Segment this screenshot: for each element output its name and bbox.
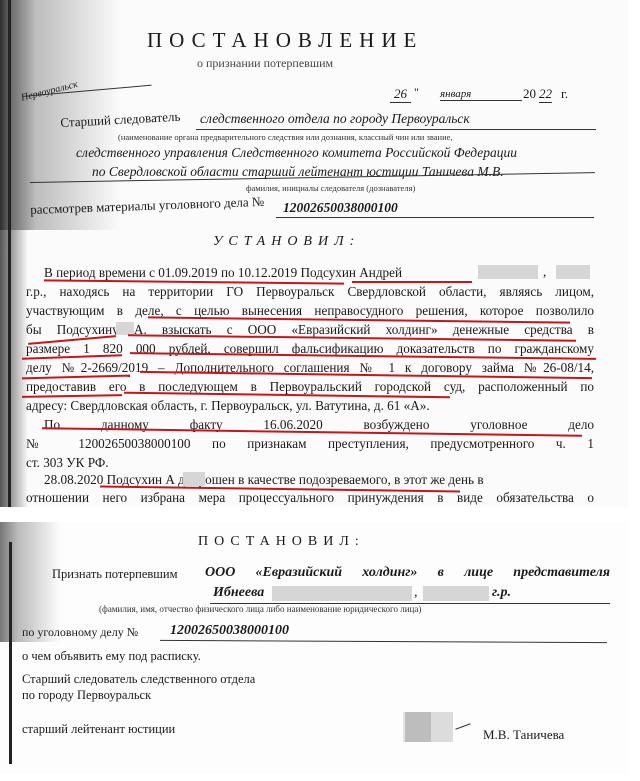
redaction [183, 472, 205, 486]
header-line-2: следственного управления Следственного к… [76, 145, 517, 161]
date-year-end: г. [561, 86, 568, 102]
underline [160, 640, 607, 643]
underline [276, 217, 594, 218]
signature-redaction [431, 712, 453, 742]
document-scan-top: ПОСТАНОВЛЕНИЕ о признании потерпевшим Пе… [0, 0, 628, 507]
victim-birth: г.р. [492, 585, 511, 601]
resolved-heading: ПОСТАНОВИЛ: [198, 534, 365, 550]
scan-edge [9, 542, 12, 764]
established-line: адресу: Свердловская область, г. Первоур… [26, 398, 430, 414]
scan-edge [8, 0, 11, 507]
redaction [116, 322, 134, 335]
established-line: отношении него избрана мера процессуальн… [26, 490, 594, 506]
signature-name: М.В. Таничева [483, 727, 564, 743]
date-quote: " [414, 85, 419, 100]
case-label-2: по уголовному делу № [22, 625, 138, 640]
signature-stroke [455, 723, 470, 729]
established-line: предоставив его в последующем в Первоура… [26, 379, 594, 395]
date-year-prefix: 20 [523, 86, 536, 102]
date-month: января [440, 88, 522, 101]
redaction [272, 586, 412, 601]
caption-investigator: фамилия, инициалы следователя (дознавате… [246, 183, 415, 193]
signature-rank: старший лейтенант юстиции [22, 722, 175, 737]
established-line: г.р., находясь на территории ГО Первоура… [26, 284, 594, 300]
caption-organ: (наименование органа предварительного сл… [118, 132, 453, 142]
signature-title-2: по городу Первоуральск [22, 688, 151, 703]
comma: , [543, 264, 546, 280]
established-line: № 12002650038000100 по признакам преступ… [26, 436, 594, 452]
established-line: участвующим в деле, с целью вынесения не… [26, 303, 594, 319]
date-year-suffix: 22 [539, 86, 552, 103]
victim-line: ООО «Евразийский холдинг» в лице предста… [205, 565, 610, 581]
victim-name: Ибнеева [213, 585, 264, 601]
case-number: 12002650038000100 [283, 200, 398, 216]
notify-text: о чем объявить ему под расписку. [22, 649, 201, 664]
redaction [423, 586, 489, 601]
document-title: ПОСТАНОВЛЕНИЕ [147, 28, 423, 53]
redaction [556, 265, 590, 279]
date-day: 26 [390, 86, 411, 103]
signature-title-1: Старший следователь следственного отдела [22, 672, 255, 687]
case-number-2: 12002650038000100 [170, 623, 289, 639]
caption-victim: (фамилия, имя, отчество физического лица… [99, 604, 421, 614]
highlight-underline [352, 281, 472, 283]
redaction [478, 265, 538, 279]
victim-comma: , [414, 585, 418, 601]
document-subtitle: о признании потерпевшим [197, 56, 333, 71]
underline [196, 129, 596, 130]
established-line: ст. 303 УК РФ. [26, 455, 109, 471]
document-scan-bottom: ПОСТАНОВИЛ: Признать потерпевшим ООО «Ев… [0, 522, 628, 774]
signature-redaction [405, 712, 431, 742]
investigator-unit: следственного отдела по городу Первоурал… [200, 111, 470, 127]
recognize-label: Признать потерпевшим [52, 567, 178, 582]
established-heading: УСТАНОВИЛ: [213, 234, 360, 250]
established-line: В период времени с 01.09.2019 по 10.12.2… [44, 265, 402, 281]
scan-shadow [0, 230, 28, 507]
